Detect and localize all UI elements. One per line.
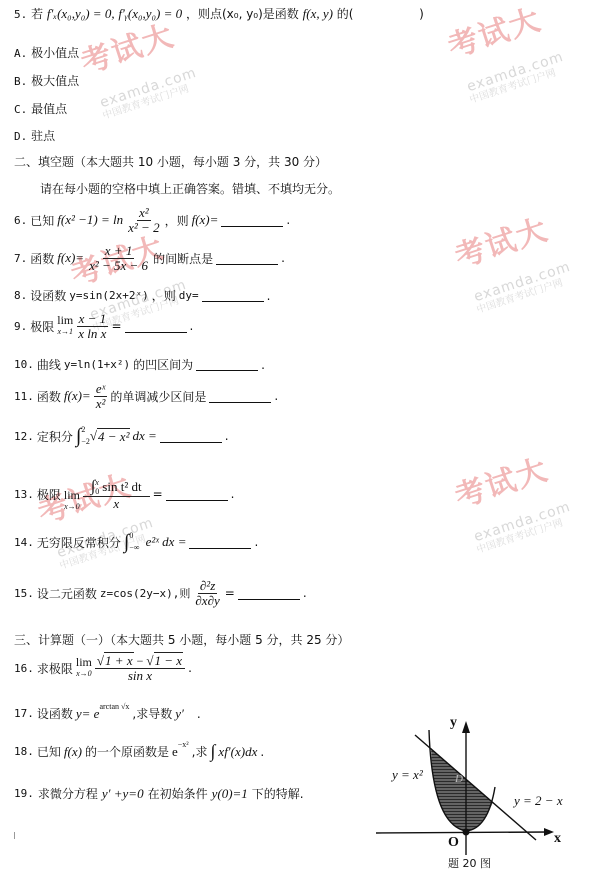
question-text: 曲线: [37, 356, 61, 373]
integral-bounds: 2 −2: [81, 424, 90, 448]
question-number: 6.: [14, 214, 27, 227]
question-text: ，则: [165, 212, 189, 229]
period: .: [286, 213, 290, 227]
watermark-2: 考试大 examda.com 中国教育考试门户网: [455, 22, 566, 91]
question-14: 14. 无穷限反常积分 ∫ 0 −∞ e²ˣ dx = .: [14, 526, 258, 558]
question-text: 设函数: [30, 287, 66, 304]
math-expression: xf′(x)dx: [218, 744, 257, 760]
question-number: 19.: [14, 787, 34, 800]
question-number: 8.: [14, 289, 27, 302]
x-axis-label: x: [554, 831, 561, 847]
math-expression: z=cos(2y−x),则: [100, 585, 190, 601]
numerator: ∂²z: [198, 579, 217, 594]
math-expression: y′ +y=0: [102, 786, 144, 802]
lim-label: lim: [57, 314, 73, 326]
math-expression: f(x): [64, 744, 82, 760]
question-number: 5.: [14, 8, 27, 21]
question-text: 的间断点是: [153, 250, 213, 267]
answer-blank[interactable]: [166, 488, 228, 501]
period: .: [261, 358, 265, 372]
integral: ∫ 2 −2 √4 − x² dx =: [76, 424, 157, 448]
watermark-6: 考试大 examda.com 中国教育考试门户网: [462, 472, 573, 541]
option-label: B.: [14, 75, 27, 88]
y-axis-label: y: [450, 715, 457, 731]
option-text: 驻点: [31, 129, 55, 143]
question-text: 函数: [37, 388, 61, 405]
question-9: 9. 极限 limx→1 x − 1x ln x = .: [14, 308, 193, 344]
integral-bounds: 0 −∞: [129, 530, 139, 554]
question-text: ,求导数: [132, 705, 172, 722]
question-text: 下的特解.: [252, 785, 304, 802]
option-label: C.: [14, 103, 27, 116]
period: .: [274, 389, 278, 403]
sqrt-symbol-icon: √: [146, 653, 153, 668]
watermark-4: 考试大 examda.com 中国教育考试门户网: [462, 232, 573, 301]
question-text: 若: [31, 7, 43, 21]
math-expression: dy=: [179, 289, 199, 302]
option-label: D.: [14, 130, 27, 143]
denominator: x: [111, 497, 121, 511]
question-15: 15. 设二元函数 z=cos(2y−x),则 ∂²z∂x∂y = .: [14, 574, 307, 612]
integral-sign-icon: ∫: [210, 741, 215, 762]
limit: limx→1: [57, 314, 73, 338]
lim-subscript: x→1: [57, 326, 73, 338]
region-graph-icon: [370, 705, 590, 874]
question-5: 5. 若 f′ₓ(x₀,y₀) = 0, f′ᵧ(x₀,y₀) = 0 ，则点(…: [14, 5, 424, 22]
parabola-label: y = x²: [392, 767, 423, 783]
integral: ∫ 0 −∞ e²ˣ dx =: [124, 530, 187, 554]
fraction: x + 1x² − 5x − 6: [87, 244, 150, 273]
watermark-tagline: 中国教育考试门户网: [467, 61, 565, 106]
denominator: x²: [94, 397, 108, 411]
math-expression: y′: [175, 706, 184, 722]
option-text: 极大值点: [31, 74, 79, 88]
answer-blank[interactable]: [125, 320, 187, 333]
watermark-tagline: 中国教育考试门户网: [100, 77, 198, 122]
period: .: [267, 289, 271, 303]
math-expression: e²ˣ dx =: [146, 534, 187, 550]
upper-bound: x: [95, 478, 99, 487]
upper-bound: 2: [81, 424, 90, 436]
math-expression: dx =: [132, 428, 156, 444]
question-text: 函数: [30, 250, 54, 267]
lim-subscript: x→0: [64, 501, 80, 513]
watermark-logo: 考试大: [441, 0, 560, 66]
sqrt-symbol-icon: √: [97, 653, 104, 668]
radicand: 1 − x: [154, 652, 184, 668]
minus: −: [137, 654, 144, 668]
question-text: 设函数: [37, 705, 73, 722]
answer-blank[interactable]: [221, 214, 283, 227]
exponent: arctan √x: [99, 702, 129, 711]
math-expression: f(x² −1) = ln: [57, 212, 123, 228]
denominator: x ln x: [76, 327, 108, 341]
period: .: [303, 586, 307, 600]
question-number: 18.: [14, 745, 34, 758]
option-text: 极小值点: [31, 46, 79, 60]
lim-subscript: x→0: [76, 668, 92, 680]
radicand: 4 − x²: [97, 428, 130, 445]
denominator: ∂x∂y: [193, 594, 221, 608]
numerator: x + 1: [103, 244, 135, 259]
question-text: 极限: [30, 318, 54, 335]
section-3-title: 三、计算题（一）（本大题共 5 小题，每小题 5 分，共 25 分）: [14, 631, 349, 648]
period: .: [188, 661, 192, 675]
section-2-instruction: 请在每小题的空格中填上正确答案。错填、不填均无分。: [40, 180, 340, 197]
denominator: x² − 2: [126, 221, 161, 235]
question-number: 9.: [14, 320, 27, 333]
numerator: √1 + x − √1 − x: [95, 654, 185, 669]
period: .: [225, 429, 229, 443]
math-expression: y(0)=1: [212, 786, 248, 802]
question-text: 已知: [30, 212, 54, 229]
question-text: 极限: [37, 486, 61, 503]
math-expression: f′ᵧ(x₀,y₀) = 0: [118, 6, 182, 21]
question-text: 已知: [37, 743, 61, 760]
math-expression: f(x)=: [57, 250, 84, 266]
fraction: eˣx²: [94, 382, 108, 411]
question-number: 11.: [14, 390, 34, 403]
answer-blank[interactable]: [160, 430, 222, 443]
watermark-url: examda.com: [465, 49, 566, 95]
lim-label: lim: [76, 656, 92, 668]
answer-blank[interactable]: [196, 358, 258, 371]
math-expression: e: [172, 744, 178, 759]
question-text: 求极限: [37, 660, 73, 677]
math-expression: f(x)=: [64, 388, 91, 404]
question-text: 的单调减少区间是: [110, 388, 206, 405]
question-number: 13.: [14, 488, 34, 501]
equals: =: [225, 586, 235, 600]
math-expression: f′ₓ(x₀,y₀) = 0,: [47, 6, 115, 21]
fraction: x²x² − 2: [126, 206, 161, 235]
sqrt-symbol-icon: √: [90, 428, 97, 444]
answer-blank[interactable]: [238, 587, 300, 600]
stray-mark: [14, 832, 15, 839]
option-b[interactable]: B. 极大值点: [14, 72, 79, 89]
question-number: 7.: [14, 252, 27, 265]
lim-label: lim: [64, 489, 80, 501]
period: .: [281, 251, 285, 265]
option-text: 最值点: [31, 102, 67, 116]
question-13: 13. 极限 limx→0 ∫ x 0 sin t² dt x = .: [14, 470, 234, 518]
section-2-title: 二、填空题（本大题共 10 小题，每小题 3 分，共 30 分）: [14, 153, 327, 170]
math-expression: y= e: [76, 706, 100, 721]
fraction: √1 + x − √1 − x sin x: [95, 654, 185, 683]
watermark-tagline: 中国教育考试门户网: [474, 511, 572, 556]
lower-bound: −2: [81, 436, 90, 448]
watermark-url: examda.com: [472, 259, 573, 305]
equals: =: [111, 319, 121, 333]
radicand: 1 + x: [104, 652, 134, 668]
watermark-logo: 考试大: [448, 200, 567, 276]
question-17: 17. 设函数 y= earctan √x ,求导数 y′ .: [14, 705, 201, 722]
limit: limx→0: [64, 489, 80, 513]
question-text: ): [419, 7, 424, 21]
period: .: [260, 745, 264, 759]
question-number: 14.: [14, 536, 34, 549]
watermark-1: 考试大 examda.com 中国教育考试门户网: [88, 38, 199, 107]
fraction: ∂²z∂x∂y: [193, 579, 221, 608]
period: .: [254, 535, 258, 549]
period: .: [197, 707, 201, 721]
question-text: 设二元函数: [37, 585, 97, 602]
question-text: ，则: [152, 287, 176, 304]
origin-label: O: [448, 835, 459, 851]
question-10: 10. 曲线 y=ln(1+x²) 的凹区间为 .: [14, 356, 265, 373]
question-text: 的(: [337, 7, 354, 21]
lower-bound: −∞: [129, 542, 139, 554]
question-text: 定积分: [37, 428, 73, 445]
limit: limx→0: [76, 656, 92, 680]
option-label: A.: [14, 47, 27, 60]
answer-blank[interactable]: [202, 289, 264, 302]
period: .: [190, 319, 194, 333]
fraction: ∫ x 0 sin t² dt x: [83, 478, 150, 511]
region-label: D: [455, 773, 463, 785]
numerator: eˣ: [94, 382, 107, 397]
question-text: 无穷限反常积分: [37, 534, 121, 551]
exponent: −x²: [178, 740, 189, 749]
figure-20: y x O y = x² y = 2 − x D 题 20 图: [370, 705, 590, 874]
question-number: 15.: [14, 587, 34, 600]
question-18: 18. 已知 f(x) 的一个原函数是 e−x² ,求 ∫ xf′(x)dx .: [14, 741, 264, 762]
question-11: 11. 函数 f(x)= eˣx² 的单调减少区间是 .: [14, 376, 278, 416]
question-number: 10.: [14, 358, 34, 371]
question-text: 的一个原函数是: [85, 743, 169, 760]
line-label: y = 2 − x: [514, 793, 563, 809]
question-text: ，则点(x₀, y₀)是函数: [186, 7, 299, 21]
question-6: 6. 已知 f(x² −1) = ln x²x² − 2 ，则 f(x)= .: [14, 200, 290, 240]
period: .: [231, 487, 235, 501]
math-expression: f(x)=: [192, 212, 219, 228]
question-text: ,求: [192, 743, 208, 760]
option-a[interactable]: A. 极小值点: [14, 44, 79, 61]
equals: =: [153, 487, 163, 501]
answer-blank[interactable]: [209, 390, 271, 403]
question-16: 16. 求极限 limx→0 √1 + x − √1 − x sin x .: [14, 648, 192, 688]
math-expression: y=sin(2x+2ˣ): [69, 289, 148, 302]
upper-bound: 0: [129, 530, 139, 542]
answer-blank[interactable]: [189, 536, 251, 549]
fraction: x − 1x ln x: [76, 312, 108, 341]
watermark-url: examda.com: [472, 499, 573, 545]
numerator: x − 1: [77, 312, 109, 327]
numerator: ∫ x 0 sin t² dt: [83, 478, 150, 497]
question-number: 17.: [14, 707, 34, 720]
math-expression: f(x, y): [303, 6, 333, 21]
question-number: 12.: [14, 430, 34, 443]
watermark-logo: 考试大: [448, 440, 567, 516]
option-c[interactable]: C. 最值点: [14, 100, 67, 117]
question-19: 19. 求微分方程 y′ +y=0 在初始条件 y(0)=1 下的特解.: [14, 785, 304, 802]
denominator: sin x: [126, 669, 154, 683]
integrand: sin t² dt: [102, 480, 141, 494]
question-text: 的凹区间为: [133, 356, 193, 373]
question-12: 12. 定积分 ∫ 2 −2 √4 − x² dx = .: [14, 420, 229, 452]
option-d[interactable]: D. 驻点: [14, 127, 55, 144]
question-8: 8. 设函数 y=sin(2x+2ˣ) ，则 dy= .: [14, 287, 270, 304]
question-number: 16.: [14, 662, 34, 675]
answer-blank[interactable]: [216, 252, 278, 265]
question-7: 7. 函数 f(x)= x + 1x² − 5x − 6 的间断点是 .: [14, 238, 285, 278]
watermark-url: examda.com: [98, 65, 199, 111]
math-expression: y=ln(1+x²): [64, 358, 130, 371]
figure-caption: 题 20 图: [448, 855, 491, 871]
denominator: x² − 5x − 6: [87, 259, 150, 273]
lower-bound: 0: [95, 487, 99, 496]
watermark-tagline: 中国教育考试门户网: [474, 271, 572, 316]
integral-bounds: x 0: [95, 478, 99, 496]
question-text: 求微分方程: [38, 785, 98, 802]
numerator: x²: [137, 206, 151, 221]
question-text: 在初始条件: [148, 785, 208, 802]
